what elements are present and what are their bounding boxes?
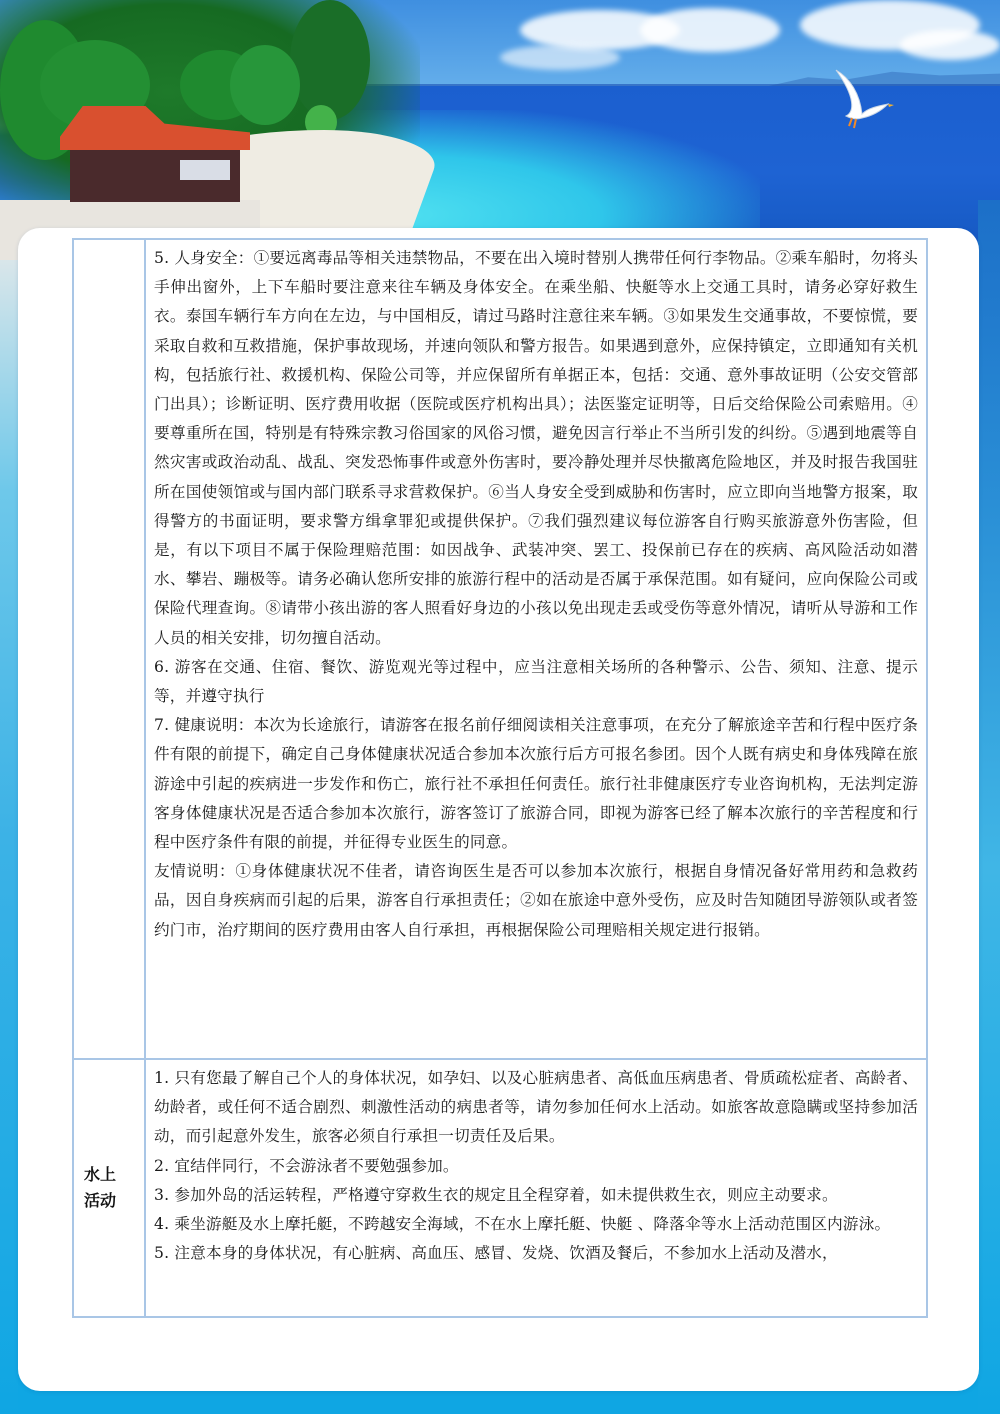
paragraph-water-4: 4. 乘坐游艇及水上摩托艇，不跨越安全海域，不在水上摩托艇、快艇 、降落伞等水上… <box>154 1210 918 1239</box>
paragraph-warnings: 6. 游客在交通、住宿、餐饮、游览观光等过程中，应当注意相关场所的各种警示、公告… <box>154 653 918 711</box>
paragraph-water-2: 2. 宜结伴同行，不会游泳者不要勉强参加。 <box>154 1152 918 1181</box>
paragraph-friendly-note: 友情说明：①身体健康状况不佳者，请咨询医生是否可以参加本次旅行，根据自身情况备好… <box>154 857 918 945</box>
table-row-water-activities: 水上活动 1. 只有您最了解自己个人的身体状况，如孕妇、以及心脏病患者、高低血压… <box>73 1059 927 1317</box>
paragraph-water-3: 3. 参加外岛的活运转程，严格遵守穿救生衣的规定且全程穿着，如未提供救生衣，则应… <box>154 1181 918 1210</box>
seagull-icon <box>832 68 902 138</box>
row-content: 1. 只有您最了解自己个人的身体状况，如孕妇、以及心脏病患者、高低血压病患者、骨… <box>145 1059 927 1317</box>
paragraph-water-1: 1. 只有您最了解自己个人的身体状况，如孕妇、以及心脏病患者、高低血压病患者、骨… <box>154 1064 918 1152</box>
table-row-personal-safety: 5. 人身安全：①要远离毒品等相关违禁物品，不要在出入境时替别人携带任何行李物品… <box>73 239 927 1059</box>
header-banner-image <box>0 0 1000 260</box>
paragraph-personal-safety: 5. 人身安全：①要远离毒品等相关违禁物品，不要在出入境时替别人携带任何行李物品… <box>154 244 918 653</box>
paragraph-health-statement: 7. 健康说明：本次为长途旅行，请游客在报名前仔细阅读相关注意事项，在充分了解旅… <box>154 711 918 857</box>
tree <box>290 0 370 120</box>
tree <box>230 45 300 125</box>
house-window <box>180 160 230 180</box>
travel-notice-table: 5. 人身安全：①要远离毒品等相关违禁物品，不要在出入境时替别人携带任何行李物品… <box>72 238 928 1318</box>
cloud <box>900 30 1000 60</box>
left-background-strip <box>0 260 18 1414</box>
cloud <box>640 8 780 52</box>
cloud <box>500 45 620 70</box>
row-content: 5. 人身安全：①要远离毒品等相关违禁物品，不要在出入境时替别人携带任何行李物品… <box>145 239 927 1059</box>
right-background-strip <box>978 200 1000 1414</box>
row-label <box>73 239 145 1059</box>
row-label-water-activities: 水上活动 <box>73 1059 145 1317</box>
paragraph-water-5: 5. 注意本身的身体状况，有心脏病、高血压、感冒、发烧、饮酒及餐后，不参加水上活… <box>154 1239 918 1268</box>
